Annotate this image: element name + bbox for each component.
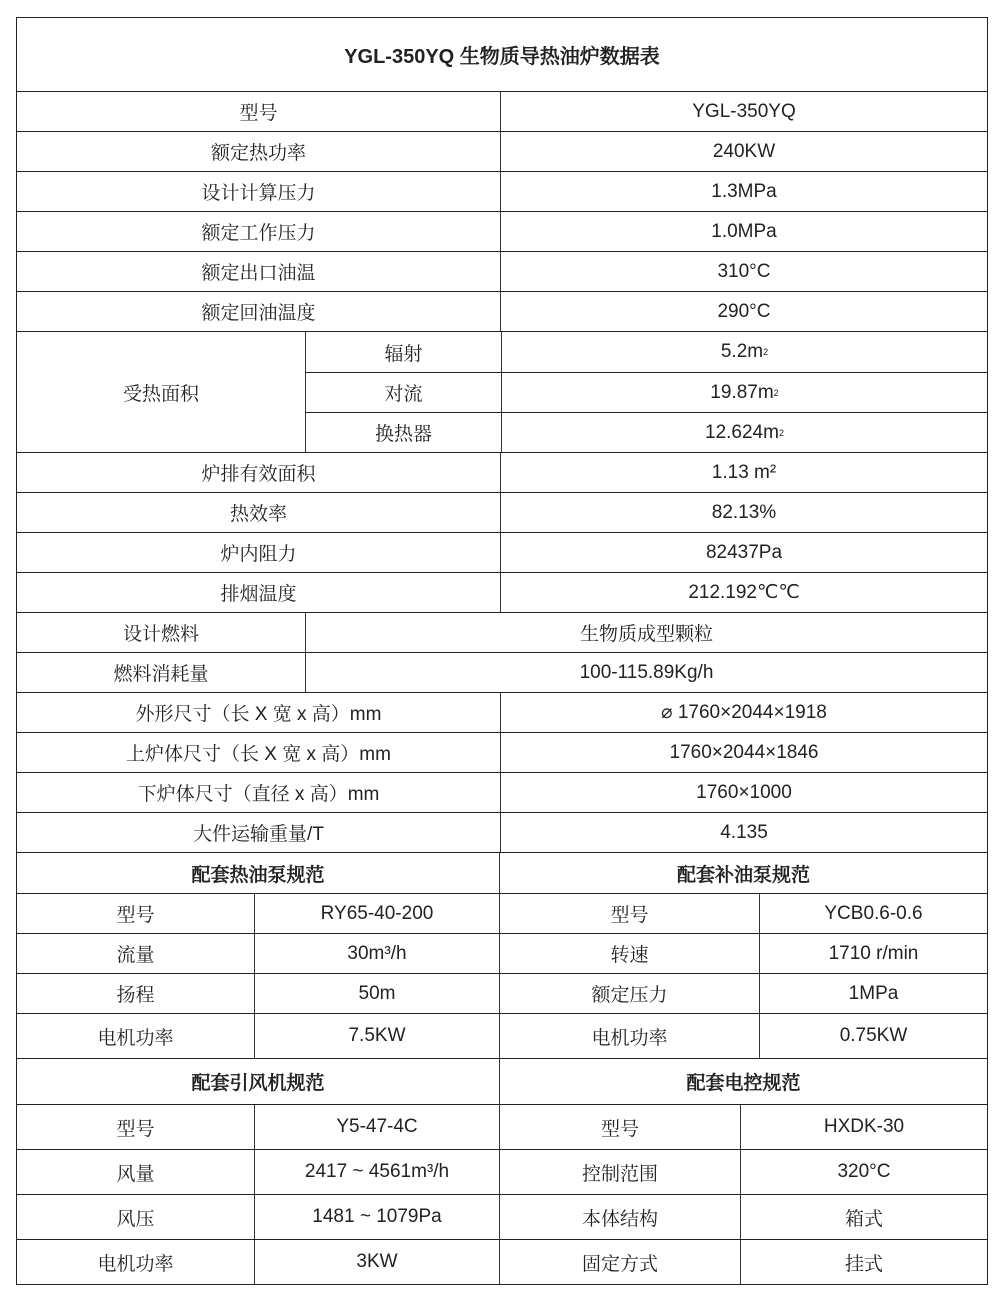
table-row: 上炉体尺寸（长 X 宽 x 高）mm 1760×2044×1846 [17, 732, 987, 772]
row-value: HXDK-30 [740, 1105, 987, 1149]
table-row: 风量 2417 ~ 4561m³/h [17, 1149, 499, 1194]
table-row: 转速 1710 r/min [500, 933, 987, 973]
row-label: 本体结构 [500, 1195, 740, 1239]
row-label: 额定回油温度 [17, 292, 500, 331]
row-value: 箱式 [740, 1195, 987, 1239]
table-row: 热效率 82.13% [17, 492, 987, 532]
row-value: YCB0.6-0.6 [759, 894, 987, 933]
section-header: 配套电控规范 [500, 1059, 987, 1104]
row-value: 30m³/h [254, 934, 499, 973]
table-row: 额定工作压力 1.0MPa [17, 211, 987, 251]
row-label: 扬程 [17, 974, 254, 1013]
table-row: 型号 RY65-40-200 [17, 893, 499, 933]
table-row: 电机功率 7.5KW [17, 1013, 499, 1058]
table-row: 辐射 5.2m2 [306, 332, 987, 372]
table-row: 设计计算压力 1.3MPa [17, 171, 987, 211]
table-row: 炉排有效面积 1.13 m² [17, 452, 987, 492]
row-value: 7.5KW [254, 1014, 499, 1058]
row-value: 310°C [500, 252, 987, 291]
row-label: 炉内阻力 [17, 533, 500, 572]
row-label: 转速 [500, 934, 759, 973]
table-row: 对流 19.87m2 [306, 372, 987, 412]
table-row: 流量 30m³/h [17, 933, 499, 973]
table-row: 设计燃料 生物质成型颗粒 [17, 612, 987, 652]
table-row: 外形尺寸（长 X 宽 x 高）mm ⌀ 1760×2044×1918 [17, 692, 987, 732]
row-value: ⌀ 1760×2044×1918 [500, 693, 987, 732]
row-label: 下炉体尺寸（直径 x 高）mm [17, 773, 500, 812]
row-label: 风压 [17, 1195, 254, 1239]
row-value: 212.192℃℃ [500, 573, 987, 612]
value-text: 5.2m [721, 341, 763, 363]
row-label: 固定方式 [500, 1240, 740, 1284]
row-label: 电机功率 [500, 1014, 759, 1058]
row-value: RY65-40-200 [254, 894, 499, 933]
row-label: 热效率 [17, 493, 500, 532]
table-row: 额定热功率 240KW [17, 131, 987, 171]
spec-table: YGL-350YQ 生物质导热油炉数据表 型号 YGL-350YQ 额定热功率 … [16, 17, 988, 1285]
table-row: 换热器 12.624m2 [306, 412, 987, 452]
table-row: 型号 HXDK-30 [500, 1104, 987, 1149]
row-value: 3KW [254, 1240, 499, 1284]
row-value: 100-115.89Kg/h [305, 653, 987, 692]
section-header: 配套引风机规范 [17, 1059, 499, 1104]
makeup-pump-spec: 配套补油泵规范 型号 YCB0.6-0.6 转速 1710 r/min 额定压力… [500, 853, 987, 1058]
row-value: 290°C [500, 292, 987, 331]
value-text: 19.87m [710, 382, 773, 404]
row-label: 型号 [500, 1105, 740, 1149]
section-header: 配套补油泵规范 [500, 853, 987, 893]
row-value: 1760×2044×1846 [500, 733, 987, 772]
row-value: 4.135 [500, 813, 987, 852]
row-value: 5.2m2 [501, 332, 987, 372]
row-label: 排烟温度 [17, 573, 500, 612]
heating-area-group: 受热面积 辐射 5.2m2 对流 19.87m2 换热器 12.624m2 [17, 331, 987, 452]
value-text: 12.624m [705, 422, 779, 444]
row-value: 1.3MPa [500, 172, 987, 211]
row-label: 炉排有效面积 [17, 453, 500, 492]
table-row: 额定压力 1MPa [500, 973, 987, 1013]
table-row: 扬程 50m [17, 973, 499, 1013]
row-label: 额定出口油温 [17, 252, 500, 291]
row-label: 风量 [17, 1150, 254, 1194]
row-value: 1MPa [759, 974, 987, 1013]
hot-oil-pump-spec: 配套热油泵规范 型号 RY65-40-200 流量 30m³/h 扬程 50m … [17, 853, 500, 1058]
table-row: 下炉体尺寸（直径 x 高）mm 1760×1000 [17, 772, 987, 812]
row-value: 1.13 m² [500, 453, 987, 492]
row-label: 型号 [500, 894, 759, 933]
row-label: 上炉体尺寸（长 X 宽 x 高）mm [17, 733, 500, 772]
section-header: 配套热油泵规范 [17, 853, 499, 893]
row-label: 燃料消耗量 [17, 653, 305, 692]
table-row: 电机功率 3KW [17, 1239, 499, 1284]
electric-control-spec: 配套电控规范 型号 HXDK-30 控制范围 320°C 本体结构 箱式 固定方… [500, 1059, 987, 1284]
row-label: 辐射 [306, 332, 501, 372]
row-value: 240KW [500, 132, 987, 171]
row-label: 型号 [17, 894, 254, 933]
table-row: 电机功率 0.75KW [500, 1013, 987, 1058]
table-row: 大件运输重量/T 4.135 [17, 812, 987, 852]
table-row: 本体结构 箱式 [500, 1194, 987, 1239]
table-row: 燃料消耗量 100-115.89Kg/h [17, 652, 987, 692]
row-value: 2417 ~ 4561m³/h [254, 1150, 499, 1194]
row-value: 19.87m2 [501, 373, 987, 412]
table-row: 固定方式 挂式 [500, 1239, 987, 1284]
row-value: 82.13% [500, 493, 987, 532]
table-row: 型号 YCB0.6-0.6 [500, 893, 987, 933]
heating-area-items: 辐射 5.2m2 对流 19.87m2 换热器 12.624m2 [305, 332, 987, 452]
row-label: 型号 [17, 92, 500, 131]
row-value: 1710 r/min [759, 934, 987, 973]
row-value: 生物质成型颗粒 [305, 613, 987, 652]
row-label: 流量 [17, 934, 254, 973]
table-row: 额定回油温度 290°C [17, 291, 987, 331]
row-label: 电机功率 [17, 1014, 254, 1058]
row-label: 外形尺寸（长 X 宽 x 高）mm [17, 693, 500, 732]
row-value: 50m [254, 974, 499, 1013]
induced-fan-spec: 配套引风机规范 型号 Y5-47-4C 风量 2417 ~ 4561m³/h 风… [17, 1059, 500, 1284]
row-value: 12.624m2 [501, 413, 987, 452]
row-value: 82437Pa [500, 533, 987, 572]
row-label: 设计计算压力 [17, 172, 500, 211]
row-label: 额定热功率 [17, 132, 500, 171]
row-value: YGL-350YQ [500, 92, 987, 131]
row-value: Y5-47-4C [254, 1105, 499, 1149]
table-row: 排烟温度 212.192℃℃ [17, 572, 987, 612]
row-label: 控制范围 [500, 1150, 740, 1194]
table-row: 控制范围 320°C [500, 1149, 987, 1194]
row-value: 320°C [740, 1150, 987, 1194]
pumps-section: 配套热油泵规范 型号 RY65-40-200 流量 30m³/h 扬程 50m … [17, 852, 987, 1058]
row-value: 挂式 [740, 1240, 987, 1284]
table-row: 额定出口油温 310°C [17, 251, 987, 291]
row-label: 大件运输重量/T [17, 813, 500, 852]
row-value: 1760×1000 [500, 773, 987, 812]
table-row: 炉内阻力 82437Pa [17, 532, 987, 572]
row-value: 1.0MPa [500, 212, 987, 251]
row-label: 型号 [17, 1105, 254, 1149]
row-label: 换热器 [306, 413, 501, 452]
row-value: 1481 ~ 1079Pa [254, 1195, 499, 1239]
table-title: YGL-350YQ 生物质导热油炉数据表 [17, 18, 987, 91]
heating-area-label: 受热面积 [17, 332, 305, 452]
table-row: 型号 Y5-47-4C [17, 1104, 499, 1149]
fan-control-section: 配套引风机规范 型号 Y5-47-4C 风量 2417 ~ 4561m³/h 风… [17, 1058, 987, 1284]
row-label: 设计燃料 [17, 613, 305, 652]
row-label: 额定工作压力 [17, 212, 500, 251]
row-label: 额定压力 [500, 974, 759, 1013]
row-value: 0.75KW [759, 1014, 987, 1058]
row-label: 电机功率 [17, 1240, 254, 1284]
table-row: 风压 1481 ~ 1079Pa [17, 1194, 499, 1239]
title-row: YGL-350YQ 生物质导热油炉数据表 [17, 18, 987, 91]
row-label: 对流 [306, 373, 501, 412]
table-row: 型号 YGL-350YQ [17, 91, 987, 131]
